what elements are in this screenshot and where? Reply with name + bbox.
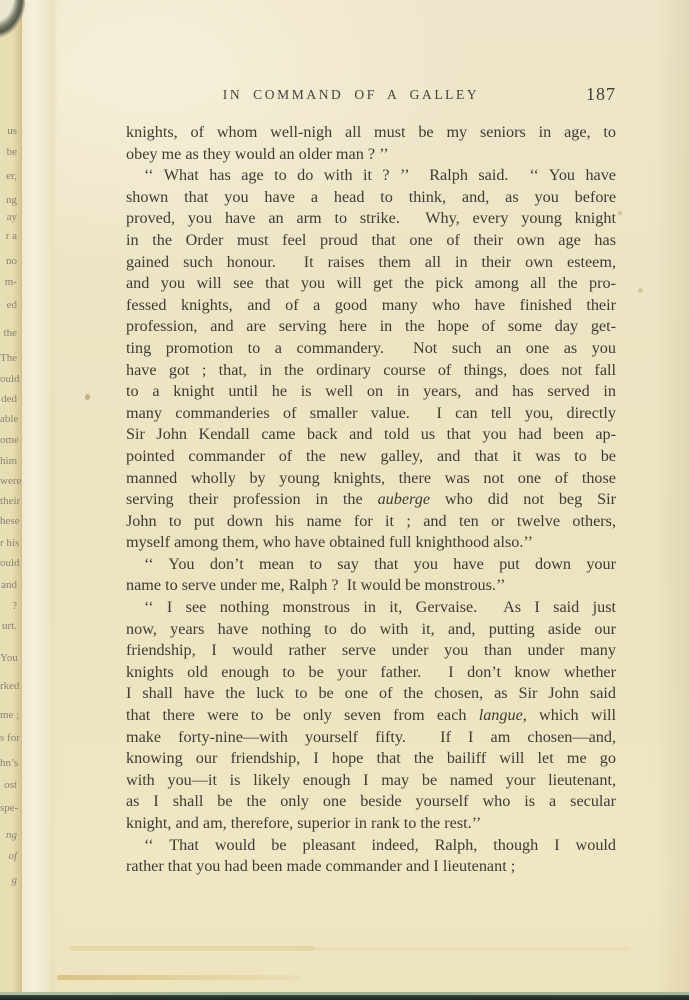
edge-text-fragment: us bbox=[0, 125, 17, 137]
text-line: as I shall be the only one beside yourse… bbox=[126, 791, 616, 813]
text-segment: ting promotion to a commandery. Not such… bbox=[126, 339, 616, 357]
text-line: many commanderies of smaller value. I ca… bbox=[126, 403, 616, 425]
text-line: now, years have nothing to do with it, a… bbox=[126, 619, 616, 641]
book-page-scan: usbeer,ngayr anom-edtheTheoulddedableome… bbox=[0, 0, 689, 1000]
text-line: knowing our friendship, I hope that the … bbox=[126, 748, 616, 770]
text-segment: name to serve under me, Ralph ? It would… bbox=[126, 576, 506, 594]
text-segment: knights old enough to be your father. I … bbox=[126, 663, 616, 681]
edge-text-fragment: spe- bbox=[0, 802, 17, 814]
page-number: 187 bbox=[586, 85, 616, 103]
text-line: name to serve under me, Ralph ? It would… bbox=[126, 575, 616, 597]
text-segment: in the Order must feel proud that one of… bbox=[126, 231, 616, 249]
text-line: I shall have the luck to be one of the c… bbox=[126, 683, 616, 705]
page-blemish bbox=[85, 394, 90, 400]
text-segment: as I shall be the only one beside yourse… bbox=[126, 792, 616, 810]
page-stack-streak bbox=[57, 975, 300, 980]
text-line: John to put down his name for it ; and t… bbox=[126, 511, 616, 533]
text-segment: and you will see that you will get the p… bbox=[126, 274, 616, 292]
text-line: to a knight until he is well on in years… bbox=[126, 381, 616, 403]
edge-text-fragment: rked bbox=[0, 680, 17, 692]
page-stack-streak bbox=[300, 947, 630, 951]
page-blemish bbox=[618, 211, 622, 215]
facing-page-edge: usbeer,ngayr anom-edtheTheoulddedableome… bbox=[0, 0, 22, 1000]
text-line: manned wholly by young knights, there wa… bbox=[126, 468, 616, 490]
edge-text-fragment: ost bbox=[0, 779, 17, 791]
text-segment: myself among them, who have obtained ful… bbox=[126, 533, 533, 551]
text-segment: with you—it is likely enough I may be na… bbox=[126, 771, 616, 789]
text-line: ‘‘ I see nothing monstrous in it, Gervai… bbox=[126, 597, 616, 619]
text-line: pointed commander of the new galley, and… bbox=[126, 446, 616, 468]
text-segment: who did not beg Sir bbox=[430, 490, 616, 508]
text-line: that there were to be only seven from ea… bbox=[126, 705, 616, 727]
page-edge-band bbox=[22, 0, 58, 1000]
edge-text-fragment: urt. bbox=[0, 620, 17, 632]
text-line: in the Order must feel proud that one of… bbox=[126, 230, 616, 252]
text-line: myself among them, who have obtained ful… bbox=[126, 532, 616, 554]
edge-text-fragment: no bbox=[0, 255, 17, 267]
edge-text-fragment: hese bbox=[0, 515, 17, 527]
text-line: profession, and are serving here in the … bbox=[126, 316, 616, 338]
page-blemish bbox=[638, 288, 643, 293]
text-line: serving their profession in the auberge … bbox=[126, 489, 616, 511]
text-segment: friendship, I would rather serve under y… bbox=[126, 641, 616, 659]
text-segment: gained such honour. It raises them all i… bbox=[126, 253, 616, 271]
text-line: knight, and am, therefore, superior in r… bbox=[126, 813, 616, 835]
edge-text-fragment: ded bbox=[0, 393, 17, 405]
text-line: ‘‘ You don’t mean to say that you have p… bbox=[126, 554, 616, 576]
running-title: IN COMMAND OF A GALLEY bbox=[126, 88, 576, 102]
edge-text-fragment: ould bbox=[0, 557, 17, 569]
text-segment: Sir John Kendall came back and told us t… bbox=[126, 425, 616, 443]
text-segment: pointed commander of the new galley, and… bbox=[126, 447, 616, 465]
text-segment: I shall have the luck to be one of the c… bbox=[126, 684, 616, 702]
edge-text-fragment: ould bbox=[0, 373, 17, 385]
text-segment: proved, you have an arm to strike. Why, … bbox=[126, 209, 616, 227]
text-segment: , which will bbox=[523, 706, 616, 724]
text-segment: John to put down his name for it ; and t… bbox=[126, 512, 616, 530]
text-segment: shown that you have a head to think, and… bbox=[126, 188, 616, 206]
text-segment: knowing our friendship, I hope that the … bbox=[126, 749, 616, 767]
edge-text-fragment: ng bbox=[0, 829, 17, 841]
text-line: ting promotion to a commandery. Not such… bbox=[126, 338, 616, 360]
edge-text-fragment: ay bbox=[0, 211, 17, 223]
text-segment: ‘‘ What has age to do with it ? ’’ Ralph… bbox=[144, 166, 616, 184]
edge-text-fragment: g bbox=[0, 874, 17, 886]
text-segment: now, years have nothing to do with it, a… bbox=[126, 620, 616, 638]
edge-text-fragment: The bbox=[0, 352, 17, 364]
text-segment: knight, and am, therefore, superior in r… bbox=[126, 814, 481, 832]
edge-text-fragment: him bbox=[0, 455, 17, 467]
edge-text-fragment: and bbox=[0, 579, 17, 591]
edge-text-fragment: m- bbox=[0, 276, 17, 288]
text-segment: ‘‘ That would be pleasant indeed, Ralph,… bbox=[144, 836, 616, 854]
text-line: Sir John Kendall came back and told us t… bbox=[126, 424, 616, 446]
edge-text-fragment: able bbox=[0, 413, 17, 425]
text-line: proved, you have an arm to strike. Why, … bbox=[126, 208, 616, 230]
edge-text-fragment: er, bbox=[0, 170, 17, 182]
text-segment: profession, and are serving here in the … bbox=[126, 317, 616, 335]
text-segment: knights, of whom well-nigh all must be m… bbox=[126, 123, 616, 141]
text-segment: many commanderies of smaller value. I ca… bbox=[126, 404, 616, 422]
edge-text-fragment: ome bbox=[0, 434, 17, 446]
edge-text-fragment: me ; bbox=[0, 709, 17, 721]
edge-text-fragment: their bbox=[0, 495, 17, 507]
text-segment: ‘‘ You don’t mean to say that you have p… bbox=[144, 555, 616, 573]
text-line: obey me as they would an older man ? ’’ bbox=[126, 144, 616, 166]
text-segment: rather that you had been made commander … bbox=[126, 857, 515, 875]
text-line: friendship, I would rather serve under y… bbox=[126, 640, 616, 662]
text-segment: fessed knights, and of a good many who h… bbox=[126, 296, 616, 314]
text-line: gained such honour. It raises them all i… bbox=[126, 252, 616, 274]
edge-text-fragment: hn’s bbox=[0, 757, 17, 769]
edge-text-fragment: r his bbox=[0, 537, 17, 549]
text-line: shown that you have a head to think, and… bbox=[126, 187, 616, 209]
text-line: knights old enough to be your father. I … bbox=[126, 662, 616, 684]
body-text-block: knights, of whom well-nigh all must be m… bbox=[126, 122, 616, 878]
scan-edge-dark bbox=[0, 995, 689, 1000]
text-segment: have got ; that, in the ordinary course … bbox=[126, 361, 616, 379]
edge-text-fragment: You bbox=[0, 652, 17, 664]
edge-text-fragment: r a bbox=[0, 230, 17, 242]
edge-text-fragment: the bbox=[0, 327, 17, 339]
text-line: fessed knights, and of a good many who h… bbox=[126, 295, 616, 317]
page-stack-streak bbox=[70, 946, 315, 951]
text-line: knights, of whom well-nigh all must be m… bbox=[126, 122, 616, 144]
text-segment: that there were to be only seven from ea… bbox=[126, 706, 479, 724]
text-line: and you will see that you will get the p… bbox=[126, 273, 616, 295]
edge-text-fragment: be bbox=[0, 146, 17, 158]
text-segment: make forty-nine—with yourself fifty. If … bbox=[126, 728, 616, 746]
text-line: ‘‘ That would be pleasant indeed, Ralph,… bbox=[126, 835, 616, 857]
edge-text-fragment: ? bbox=[0, 600, 17, 612]
text-segment: serving their profession in the bbox=[126, 490, 378, 508]
italic-word: langue bbox=[479, 706, 523, 724]
text-segment: ‘‘ I see nothing monstrous in it, Gervai… bbox=[144, 598, 616, 616]
text-line: rather that you had been made commander … bbox=[126, 856, 616, 878]
text-segment: manned wholly by young knights, there wa… bbox=[126, 469, 616, 487]
edge-text-fragment: s for bbox=[0, 732, 17, 744]
text-line: ‘‘ What has age to do with it ? ’’ Ralph… bbox=[126, 165, 616, 187]
text-line: make forty-nine—with yourself fifty. If … bbox=[126, 727, 616, 749]
text-segment: obey me as they would an older man ? ’’ bbox=[126, 145, 389, 163]
edge-text-fragment: were bbox=[0, 475, 17, 487]
text-line: have got ; that, in the ordinary course … bbox=[126, 360, 616, 382]
italic-word: auberge bbox=[378, 490, 430, 508]
text-line: with you—it is likely enough I may be na… bbox=[126, 770, 616, 792]
edge-text-fragment: of bbox=[0, 850, 17, 862]
text-segment: to a knight until he is well on in years… bbox=[126, 382, 616, 400]
page-header: IN COMMAND OF A GALLEY 187 bbox=[126, 88, 616, 110]
edge-text-fragment: ed bbox=[0, 299, 17, 311]
edge-text-fragment: ng bbox=[0, 194, 17, 206]
